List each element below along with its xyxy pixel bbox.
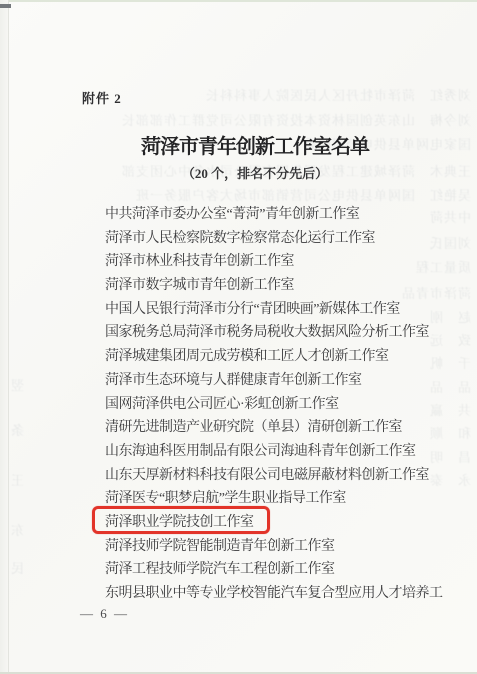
list-item: 菏泽市数字城市青年创新工作室 <box>105 274 465 298</box>
list-item: 菏泽市林业科技青年创新工作室 <box>105 250 465 274</box>
document-title: 菏泽市青年创新工作室名单 <box>35 130 475 159</box>
bleedthrough-text: 民 <box>10 558 24 577</box>
attachment-label: 附件 2 <box>82 88 122 107</box>
list-item: 菏泽工程技师学院汽车工程创新工作室 <box>105 558 465 582</box>
scan-edge-top <box>0 0 477 2</box>
list-item: 东明县职业中等专业学校智能汽车复合型应用人才培养工 <box>105 582 465 606</box>
studio-list: 中共菏泽市委办公室“菁菏”青年创新工作室菏泽市人民检察院数字检察常态化运行工作室… <box>105 203 465 606</box>
list-item: 菏泽医专“职梦启航”学生职业指导工作室 <box>105 487 465 511</box>
list-item: 国家税务总局菏泽市税务局税收大数据风险分析工作室 <box>105 321 465 345</box>
bleedthrough-text: 刘今梅 山东英创园林资本投资有限公司党群工作部部长 <box>121 110 471 129</box>
list-item: 菏泽市人民检察院数字检察常态化运行工作室 <box>105 227 465 251</box>
scanned-page: 刘秀红 菏泽市牡丹区人民医院人事科科长刘今梅 山东英创园林资本投资有限公司党群工… <box>0 0 477 674</box>
page-number: — 6 — <box>80 606 129 622</box>
list-item: 清研先进制造产业研究院（单县）清研创新工作室 <box>105 416 465 440</box>
list-item: 中国人民银行菏泽市分行“青团映画”新媒体工作室 <box>105 298 465 322</box>
bleedthrough-text: 刘秀红 菏泽市牡丹区人民医院人事科科长 <box>205 85 471 104</box>
list-item: 菏泽市生态环境与人群健康青年创新工作室 <box>105 369 465 393</box>
bleedthrough-text: 吴艳红 国网单县供电公司营销部市场大客户服务一班 <box>135 185 471 204</box>
list-item: 菏泽技师学院智能制造青年创新工作室 <box>105 535 465 559</box>
list-item: 菏泽职业学院技创工作室 <box>105 511 465 535</box>
bleedthrough-text: 王 <box>10 470 24 489</box>
scan-edge-left <box>0 0 9 674</box>
list-item: 菏泽城建集团周元成劳模和工匠人才创新工作室 <box>105 345 465 369</box>
list-item: 中共菏泽市委办公室“菁菏”青年创新工作室 <box>105 203 465 227</box>
scanner-artifact-mark <box>0 4 11 8</box>
list-item: 山东天厚新材料科技有限公司电磁屏蔽材料创新工作室 <box>105 464 465 488</box>
bleedthrough-text: 东 <box>10 520 24 539</box>
list-item: 国网菏泽供电公司匠心·彩虹创新工作室 <box>105 393 465 417</box>
document-subtitle: （20 个，排名不分先后） <box>35 163 475 182</box>
list-item: 山东海迪科医用制品有限公司海迪科青年创新工作室 <box>105 440 465 464</box>
bleedthrough-text: 翌 <box>10 375 24 394</box>
bleedthrough-text: 条 <box>10 420 24 439</box>
